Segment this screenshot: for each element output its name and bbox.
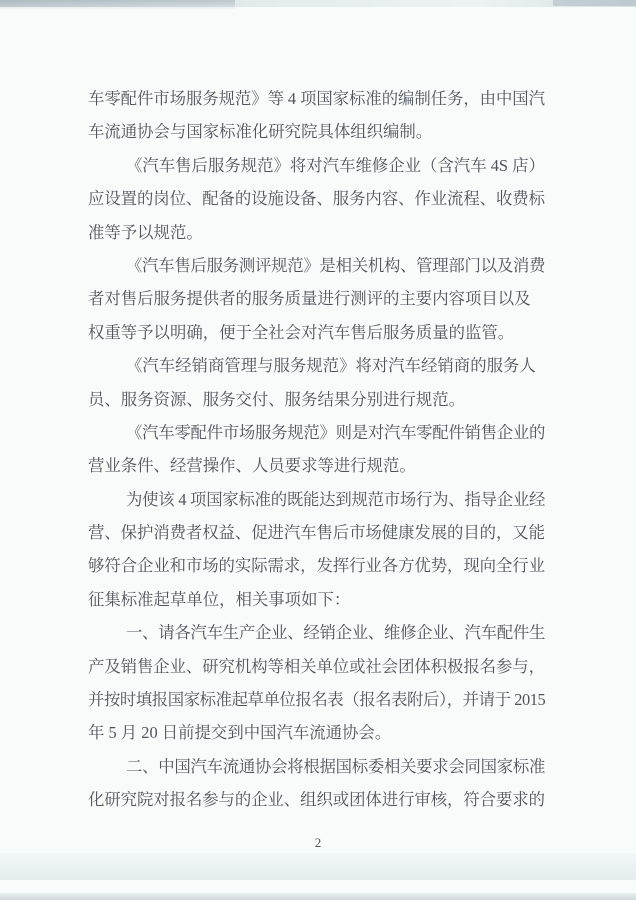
text-line: 应设置的岗位、配备的设施设备、服务内容、作业流程、收费标 — [88, 182, 545, 215]
paragraph: 《汽车售后服务规范》将对汽车维修企业（含汽车 4S 店）应设置的岗位、配备的设施… — [88, 149, 545, 249]
text-line: 员、服务资源、服务交付、服务结果分别进行规范。 — [88, 383, 545, 416]
text-line: 车流通协会与国家标准化研究院具体组织编制。 — [88, 115, 545, 148]
text-line: 年 5 月 20 日前提交到中国汽车流通协会。 — [88, 716, 545, 749]
text-line: 为使该 4 项国家标准的既能达到规范市场行为、指导企业经 — [88, 483, 545, 516]
text-line: 化研究院对报名参与的企业、组织或团体进行审核，符合要求的 — [88, 783, 545, 816]
text-line: 营、保护消费者权益、促进汽车售后市场健康发展的目的，又能 — [88, 516, 545, 549]
paragraph: 二、中国汽车流通协会将根据国标委相关要求会同国家标准化研究院对报名参与的企业、组… — [88, 750, 545, 817]
scanned-page: { "document": { "type": "scanned-officia… — [0, 0, 636, 900]
paragraph: 《汽车零配件市场服务规范》则是对汽车零配件销售企业的营业条件、经营操作、人员要求… — [88, 416, 545, 483]
paragraph: 为使该 4 项国家标准的既能达到规范市场行为、指导企业经营、保护消费者权益、促进… — [88, 483, 545, 617]
paragraph: 《汽车经销商管理与服务规范》将对汽车经销商的服务人员、服务资源、服务交付、服务结… — [88, 349, 545, 416]
text-line: 车零配件市场服务规范》等 4 项国家标准的编制任务，由中国汽 — [88, 82, 545, 115]
text-line: 营业条件、经营操作、人员要求等进行规范。 — [88, 449, 545, 482]
paragraph: 《汽车售后服务测评规范》是相关机构、管理部门以及消费者对售后服务提供者的服务质量… — [88, 249, 545, 349]
page-number: 2 — [0, 835, 636, 851]
paragraph: 一、请各汽车生产企业、经销企业、维修企业、汽车配件生产及销售企业、研究机构等相关… — [88, 616, 545, 750]
text-line: 够符合企业和市场的实际需求，发挥行业各方优势，现向全行业 — [88, 549, 545, 582]
text-line: 准等予以规范。 — [88, 216, 545, 249]
text-line: 征集标准起草单位，相关事项如下： — [88, 583, 545, 616]
text-line: 《汽车售后服务规范》将对汽车维修企业（含汽车 4S 店） — [88, 149, 545, 182]
text-line: 一、请各汽车生产企业、经销企业、维修企业、汽车配件生 — [88, 616, 545, 649]
paragraph: 车零配件市场服务规范》等 4 项国家标准的编制任务，由中国汽车流通协会与国家标准… — [88, 82, 545, 149]
text-line: 《汽车零配件市场服务规范》则是对汽车零配件销售企业的 — [88, 416, 545, 449]
document-body: 车零配件市场服务规范》等 4 项国家标准的编制任务，由中国汽车流通协会与国家标准… — [88, 82, 545, 817]
text-line: 《汽车售后服务测评规范》是相关机构、管理部门以及消费 — [88, 249, 545, 282]
scan-shadow-bottom — [0, 853, 636, 880]
text-line: 者对售后服务提供者的服务质量进行测评的主要内容项目以及 — [88, 282, 545, 315]
text-line: 产及销售企业、研究机构等相关单位或社会团体积极报名参与， — [88, 650, 545, 683]
text-line: 《汽车经销商管理与服务规范》将对汽车经销商的服务人 — [88, 349, 545, 382]
scan-edge-bottom — [0, 893, 636, 900]
scan-smudge-top-left-icon — [0, 0, 235, 10]
text-line: 二、中国汽车流通协会将根据国标委相关要求会同国家标准 — [88, 750, 545, 783]
text-line: 权重等予以明确，便于全社会对汽车售后服务质量的监管。 — [88, 316, 545, 349]
text-line: 并按时填报国家标准起草单位报名表（报名表附后），并请于 2015 — [88, 683, 545, 716]
scan-smudge-top-right-icon — [553, 0, 636, 6]
